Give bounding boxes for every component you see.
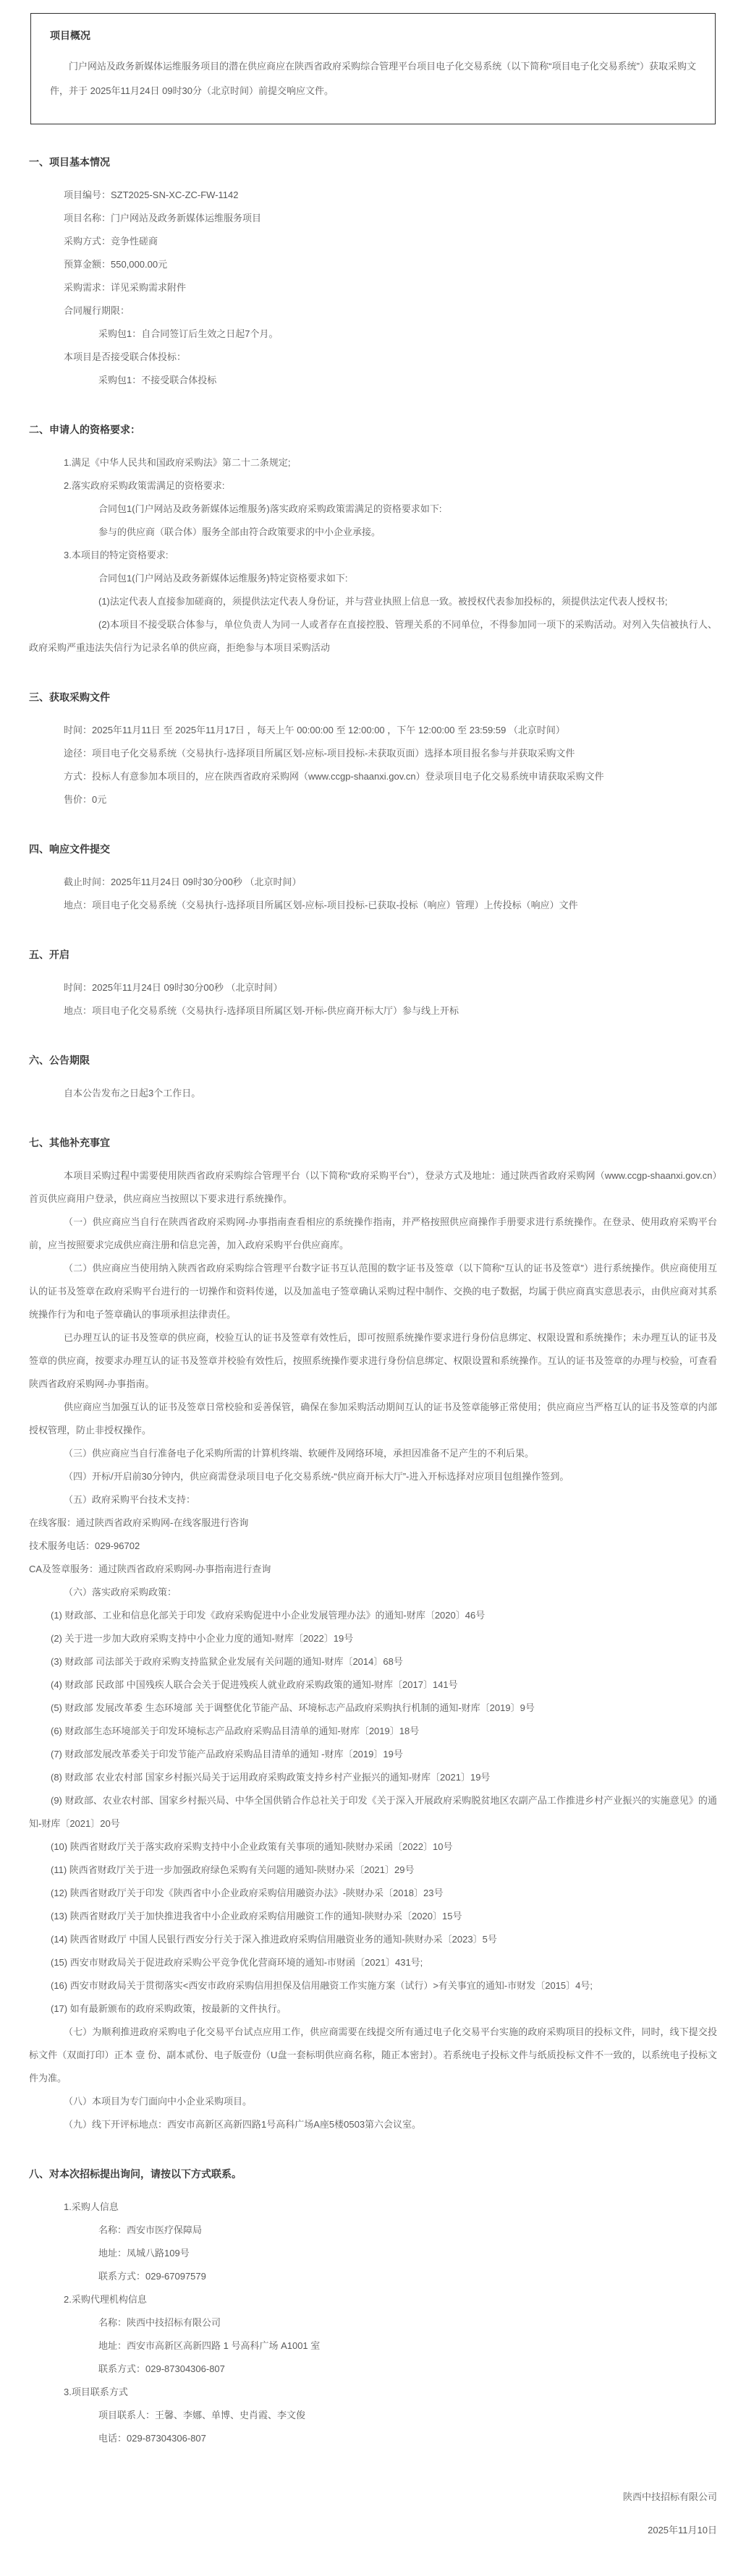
paragraph: (6) 财政部生态环境部关于印发环境标志产品政府采购品目清单的通知-财库〔201… xyxy=(29,1720,717,1743)
paragraph: 时间：2025年11月24日 09时30分00秒 （北京时间） xyxy=(29,976,717,999)
paragraph: 采购包1：自合同签订后生效之日起7个月。 xyxy=(29,323,717,346)
procurement-notice-page: 项目概况 门户网站及政务新媒体运维服务项目的潜在供应商应在陕西省政府采购综合管理… xyxy=(0,0,746,2576)
paragraph: 途径：项目电子化交易系统（交易执行-选择项目所属区划-应标-项目投标-未获取页面… xyxy=(29,742,717,765)
paragraph: 采购方式：竞争性磋商 xyxy=(29,230,717,253)
paragraph: (9) 财政部、农业农村部、国家乡村振兴局、中华全国供销合作总社关于印发《关于深… xyxy=(29,1789,717,1835)
paragraph: (13) 陕西省财政厅关于加快推进我省中小企业政府采购信用融资工作的通知-陕财办… xyxy=(29,1905,717,1928)
paragraph: (8) 财政部 农业农村部 国家乡村振兴局关于运用政府采购政策支持乡村产业振兴的… xyxy=(29,1766,717,1789)
paragraph: 2.采购代理机构信息 xyxy=(29,2288,717,2311)
paragraph: 供应商应当加强互认的证书及签章日常校验和妥善保管，确保在参加采购活动期间互认的证… xyxy=(29,1396,717,1442)
paragraph: 合同履行期限： xyxy=(29,299,717,323)
notice-footer: 陕西中技招标有限公司 2025年11月10日 xyxy=(29,2481,717,2547)
section-heading: 二、申请人的资格要求： xyxy=(29,418,717,441)
paragraph: 电话：029-87304306-807 xyxy=(29,2427,717,2450)
paragraph: 技术服务电话：029-96702 xyxy=(29,1535,717,1558)
notice-sections: 一、项目基本情况项目编号：SZT2025-SN-XC-ZC-FW-1142项目名… xyxy=(29,150,717,2450)
paragraph: 时间：2025年11月11日 至 2025年11月17日 ，每天上午 00:00… xyxy=(29,719,717,742)
paragraph: 项目编号：SZT2025-SN-XC-ZC-FW-1142 xyxy=(29,184,717,207)
paragraph: （一）供应商应当自行在陕西省政府采购网-办事指南查看相应的系统操作指南，并严格按… xyxy=(29,1211,717,1257)
paragraph: 售价：0元 xyxy=(29,788,717,811)
paragraph: 联系方式：029-87304306-807 xyxy=(29,2358,717,2381)
paragraph: (17) 如有最新颁布的政府采购政策，按最新的文件执行。 xyxy=(29,1997,717,2021)
section-heading: 三、获取采购文件 xyxy=(29,686,717,709)
section-heading: 四、响应文件提交 xyxy=(29,837,717,861)
paragraph: 在线客服：通过陕西省政府采购网-在线客服进行咨询 xyxy=(29,1511,717,1535)
paragraph: (11) 陕西省财政厅关于进一步加强政府绿色采购有关问题的通知-陕财办采〔202… xyxy=(29,1859,717,1882)
paragraph: 联系方式：029-67097579 xyxy=(29,2265,717,2288)
paragraph: 预算金额：550,000.00元 xyxy=(29,253,717,276)
paragraph: （六）落实政府采购政策： xyxy=(29,1581,717,1604)
paragraph: 2.落实政府采购政策需满足的资格要求: xyxy=(29,474,717,498)
section-heading: 七、其他补充事宜 xyxy=(29,1131,717,1154)
paragraph: (2)本项目不接受联合体参与，单位负责人为同一人或者存在直接控股、管理关系的不同… xyxy=(29,613,717,660)
paragraph: (10) 陕西省财政厅关于落实政府采购支持中小企业政策有关事项的通知-陕财办采函… xyxy=(29,1835,717,1859)
section-heading: 五、开启 xyxy=(29,943,717,966)
paragraph: 本项目是否接受联合体投标： xyxy=(29,346,717,369)
paragraph: 自本公告发布之日起3个工作日。 xyxy=(29,1082,717,1105)
paragraph: 地点：项目电子化交易系统（交易执行-选择项目所属区划-开标-供应商开标大厅）参与… xyxy=(29,999,717,1023)
paragraph: （三）供应商应当自行准备电子化采购所需的计算机终端、软硬件及网络环境，承担因准备… xyxy=(29,1442,717,1465)
paragraph: (7) 财政部发展改革委关于印发节能产品政府采购品目清单的通知 -财库〔2019… xyxy=(29,1743,717,1766)
paragraph: (2) 关于进一步加大政府采购支持中小企业力度的通知-财库〔2022〕19号 xyxy=(29,1627,717,1650)
project-overview-box: 项目概况 门户网站及政务新媒体运维服务项目的潜在供应商应在陕西省政府采购综合管理… xyxy=(30,13,716,124)
paragraph: 已办理互认的证书及签章的供应商，校验互认的证书及签章有效性后，即可按照系统操作要… xyxy=(29,1326,717,1396)
paragraph: 采购包1：不接受联合体投标 xyxy=(29,369,717,392)
paragraph: 参与的供应商（联合体）服务全部由符合政策要求的中小企业承接。 xyxy=(29,521,717,544)
paragraph: (5) 财政部 发展改革委 生态环境部 关于调整优化节能产品、环境标志产品政府采… xyxy=(29,1697,717,1720)
agency-signature: 陕西中技招标有限公司 xyxy=(29,2481,717,2514)
paragraph: (4) 财政部 民政部 中国残疾人联合会关于促进残疾人就业政府采购政策的通知-财… xyxy=(29,1673,717,1697)
paragraph: 名称：陕西中技招标有限公司 xyxy=(29,2311,717,2334)
paragraph: 名称：西安市医疗保障局 xyxy=(29,2219,717,2242)
paragraph: 合同包1(门户网站及政务新媒体运维服务)落实政府采购政策需满足的资格要求如下: xyxy=(29,498,717,521)
paragraph: 地址：西安市高新区高新四路 1 号高科广场 A1001 室 xyxy=(29,2334,717,2358)
paragraph: 1.采购人信息 xyxy=(29,2196,717,2219)
paragraph: 项目联系人：王馨、李娜、单博、史肖霞、李文俊 xyxy=(29,2404,717,2427)
paragraph: （九）线下开评标地点：西安市高新区高新四路1号高科广场A座5楼0503第六会议室… xyxy=(29,2113,717,2136)
paragraph: 方式：投标人有意参加本项目的，应在陕西省政府采购网（www.ccgp-shaan… xyxy=(29,765,717,788)
overview-body-text: 门户网站及政务新媒体运维服务项目的潜在供应商应在陕西省政府采购综合管理平台项目电… xyxy=(50,54,696,103)
paragraph: 合同包1(门户网站及政务新媒体运维服务)特定资格要求如下: xyxy=(29,567,717,590)
paragraph: 3.项目联系方式 xyxy=(29,2381,717,2404)
paragraph: （四）开标/开启前30分钟内，供应商需登录项目电子化交易系统-“供应商开标大厅”… xyxy=(29,1465,717,1488)
paragraph: 截止时间：2025年11月24日 09时30分00秒 （北京时间） xyxy=(29,871,717,894)
paragraph: 地点：项目电子化交易系统（交易执行-选择项目所属区划-应标-项目投标-已获取-投… xyxy=(29,894,717,917)
paragraph: (14) 陕西省财政厅 中国人民银行西安分行关于深入推进政府采购信用融资业务的通… xyxy=(29,1928,717,1951)
section-heading: 一、项目基本情况 xyxy=(29,150,717,174)
paragraph: 1.满足《中华人民共和国政府采购法》第二十二条规定; xyxy=(29,451,717,474)
paragraph: (1) 财政部、工业和信息化部关于印发《政府采购促进中小企业发展管理办法》的通知… xyxy=(29,1604,717,1627)
section-heading: 六、公告期限 xyxy=(29,1049,717,1072)
paragraph: (12) 陕西省财政厅关于印发《陕西省中小企业政府采购信用融资办法》-陕财办采〔… xyxy=(29,1882,717,1905)
paragraph: 采购需求：详见采购需求附件 xyxy=(29,276,717,299)
paragraph: （八）本项目为专门面向中小企业采购项目。 xyxy=(29,2090,717,2113)
paragraph: (1)法定代表人直接参加磋商的，须提供法定代表人身份证，并与营业执照上信息一致。… xyxy=(29,590,717,613)
paragraph: 3.本项目的特定资格要求: xyxy=(29,544,717,567)
publish-date: 2025年11月10日 xyxy=(29,2514,717,2547)
paragraph: 项目名称：门户网站及政务新媒体运维服务项目 xyxy=(29,207,717,230)
overview-title: 项目概况 xyxy=(50,28,696,43)
paragraph: (15) 西安市财政局关于促进政府采购公平竞争优化营商环境的通知-市财函〔202… xyxy=(29,1951,717,1974)
paragraph: (3) 财政部 司法部关于政府采购支持监狱企业发展有关问题的通知-财库〔2014… xyxy=(29,1650,717,1673)
paragraph: 本项目采购过程中需要使用陕西省政府采购综合管理平台（以下简称“政府采购平台”），… xyxy=(29,1164,717,1211)
paragraph: (16) 西安市财政局关于贯彻落实<西安市政府采购信用担保及信用融资工作实施方案… xyxy=(29,1974,717,1997)
section-heading: 八、对本次招标提出询问，请按以下方式联系。 xyxy=(29,2162,717,2185)
paragraph: （二）供应商应当使用纳入陕西省政府采购综合管理平台数字证书互认范围的数字证书及签… xyxy=(29,1257,717,1326)
paragraph: 地址：凤城八路109号 xyxy=(29,2242,717,2265)
paragraph: （七）为顺利推进政府采购电子化交易平台试点应用工作，供应商需要在线提交所有通过电… xyxy=(29,2021,717,2090)
paragraph: （五）政府采购平台技术支持： xyxy=(29,1488,717,1511)
paragraph: CA及签章服务：通过陕西省政府采购网-办事指南进行查询 xyxy=(29,1558,717,1581)
